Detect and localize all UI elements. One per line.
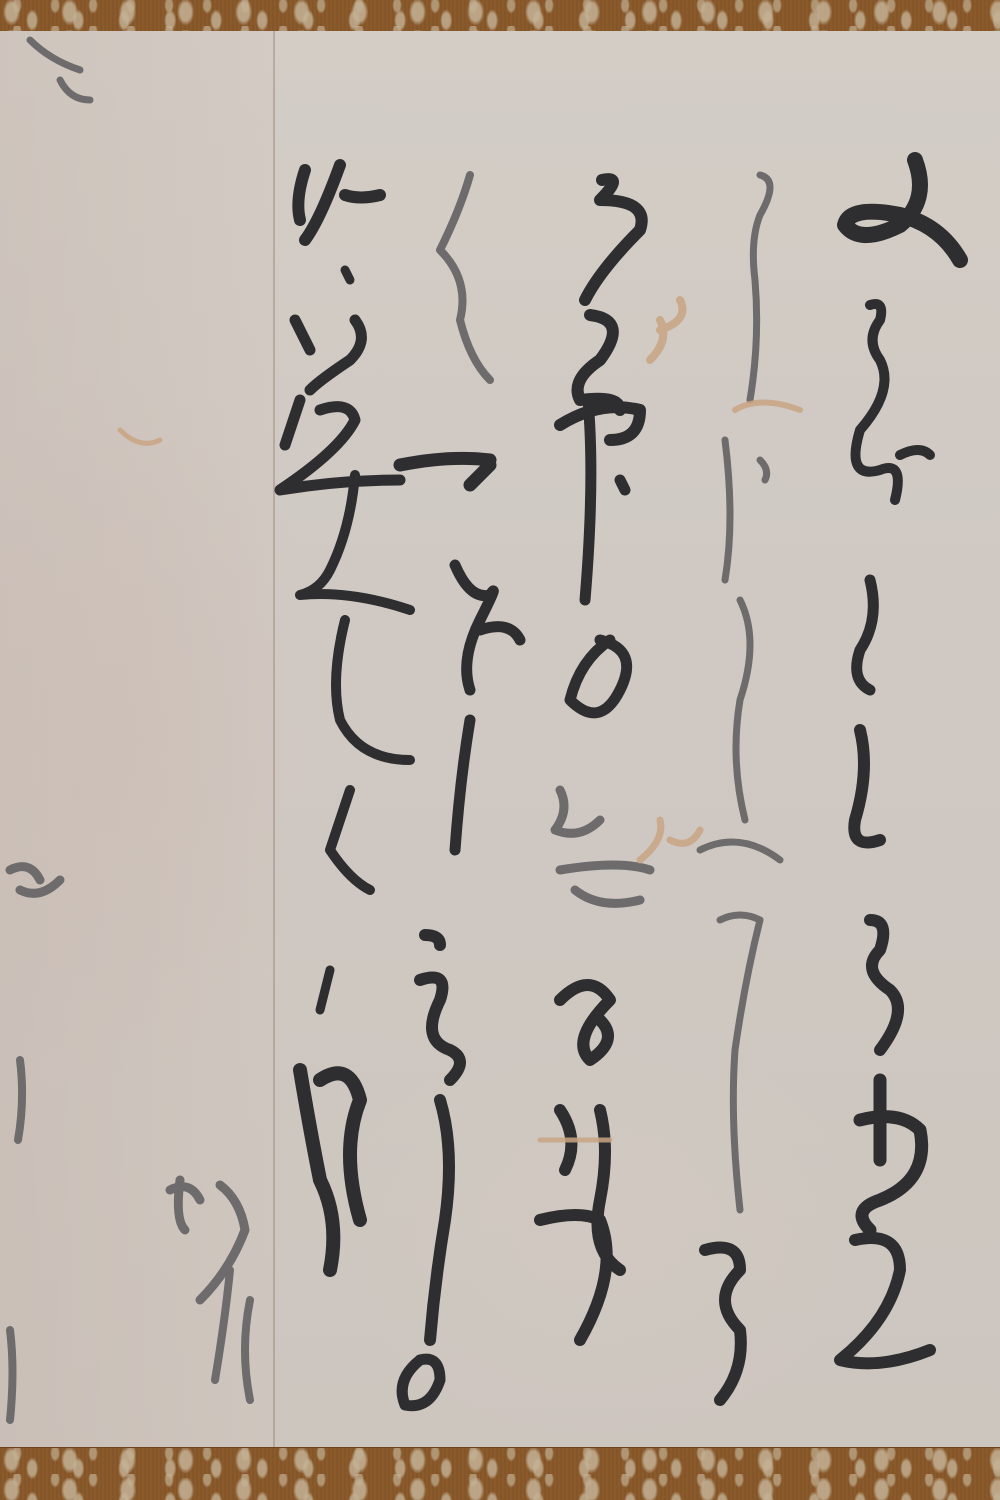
text-column-5	[280, 165, 410, 1270]
calligraphy-ink	[0, 0, 1000, 1500]
calligraphy-scroll	[0, 0, 1000, 1500]
text-column-3	[540, 179, 650, 1340]
text-column-4	[400, 175, 520, 1406]
signature-marks	[10, 40, 250, 1420]
paper-stains	[120, 300, 800, 1140]
text-column-2	[700, 175, 780, 1400]
text-column-1	[840, 160, 960, 1363]
